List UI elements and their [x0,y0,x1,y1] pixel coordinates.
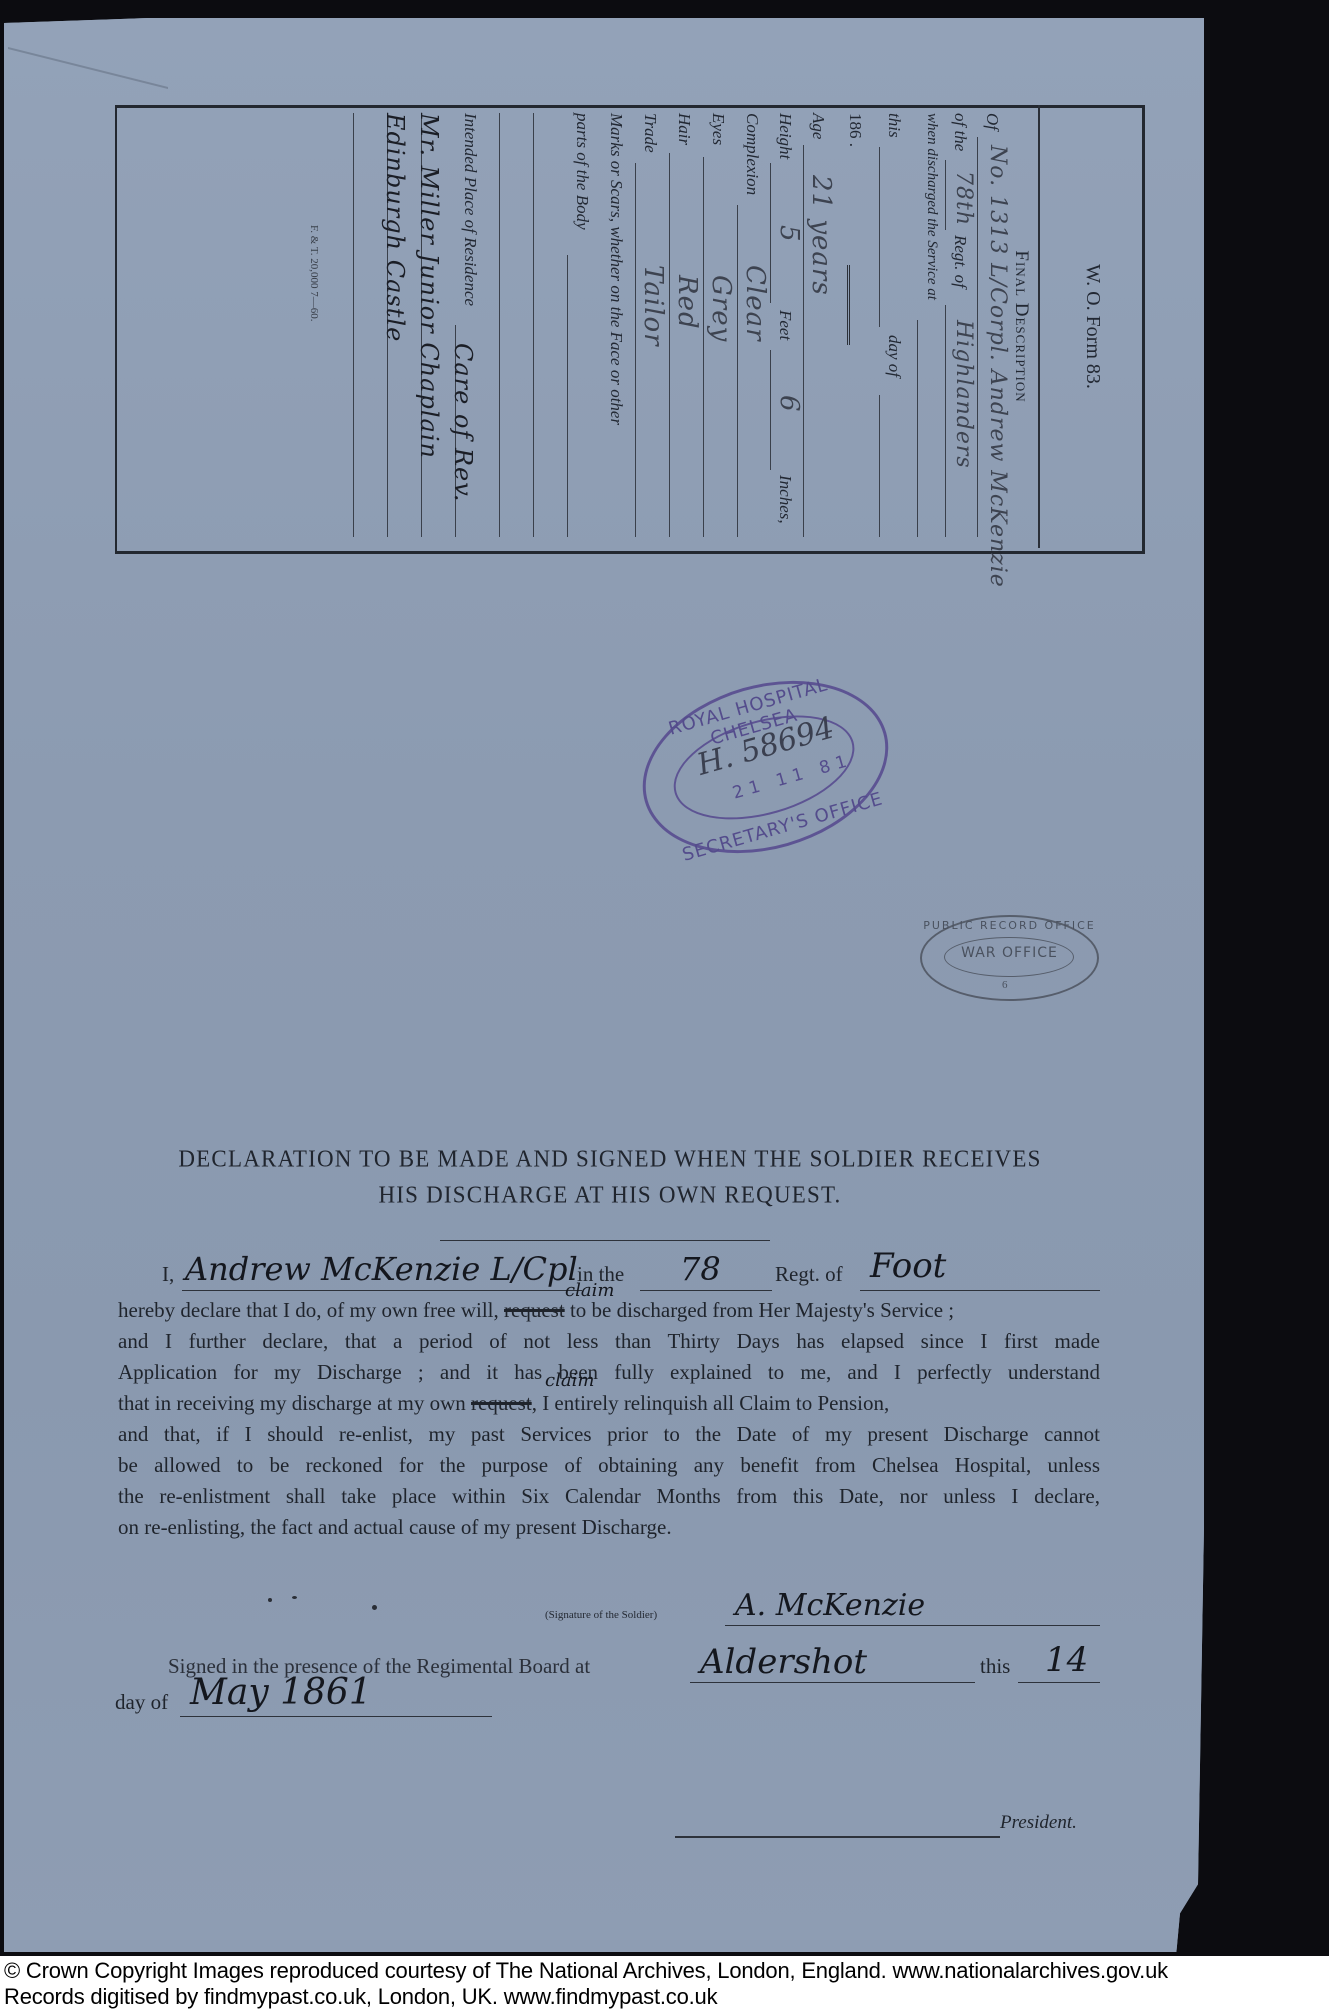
regt-number-value: 78 [680,1250,721,1288]
signature-line [725,1625,1100,1626]
field-of-the-line [945,160,946,230]
field-age-label: Age [808,113,828,139]
field-hair-value: Red [672,275,702,330]
regt-of-label: Regt. of [775,1262,1329,1287]
this-label: this [980,1654,1329,1679]
day-value: 14 [1045,1640,1088,1680]
field-height-inches-line [770,350,771,470]
field-of-label: Of [982,113,1002,130]
month-year-line [180,1716,492,1717]
line-1-struck-word: request [504,1298,565,1322]
field-day-of-line [879,395,880,537]
regt-number-line [640,1290,772,1291]
line-4-inserted-word: claim [545,1370,594,1391]
line-4-before: that in receiving my discharge at my own [118,1391,466,1415]
field-this-label: this [884,113,904,138]
field-eyes-line [703,157,704,537]
line-1-before: hereby declare that I do, of my own free… [118,1298,499,1322]
heading-rule [440,1240,770,1241]
field-complexion-line [737,205,738,537]
field-feet-label: Feet [775,310,795,340]
ink-spot [292,1596,297,1599]
field-complexion-value: Clear [740,265,770,342]
field-age-line [803,145,804,537]
month-year-value: May 1861 [190,1672,372,1713]
place-line [690,1682,975,1683]
field-of-line [977,137,978,537]
copyright-line-2: Records digitised by findmypast.co.uk, L… [4,1984,717,2010]
field-marks-label: Marks or Scars, whether on the Face or o… [606,113,626,425]
field-year-label: 186 . [845,113,865,147]
ink-spot [268,1598,272,1602]
declaration-line-4: that in receiving my discharge at my own… [118,1391,1100,1416]
declaration-line-6: be allowed to be reckoned for the purpos… [118,1453,1100,1478]
field-marks-line-2 [533,113,534,537]
field-discharged-at-line [917,320,918,537]
field-marks-label-2: parts of the Body [572,113,592,230]
declaration-line-1: hereby declare that I do, of my own free… [118,1298,1100,1323]
field-this-line [879,147,880,327]
field-height-label: Height [775,113,795,159]
field-of-the-label: of the [950,113,970,151]
field-hair-label: Hair [674,113,694,145]
field-of-value: No. 1313 L/Corpl. Andrew McKenzie [985,145,1010,588]
declaration-line-3: Application for my Discharge ; and it ha… [118,1360,1100,1385]
field-day-of-label: day of [884,335,904,377]
president-signature-line [675,1836,1000,1838]
field-of-the-value: 78th [951,171,976,226]
signature-caption: (Signature of the Soldier) [545,1609,657,1621]
year-prefix: 186 [846,113,865,139]
field-inches-label: Inches, [775,475,795,524]
field-complexion-label: Complexion [742,113,762,195]
stamp-center-text: WAR OFFICE [922,945,1097,961]
field-residence-value: Care of Rev. Mr. Miller Junior Chaplain … [378,113,480,537]
field-age-value: 21 years [806,175,836,296]
field-height-feet-value: 5 [774,225,804,243]
field-residence-line-4 [353,113,354,537]
field-marks-line-3 [499,113,500,537]
declaration-line-5: and that, if I should re-enlist, my past… [118,1422,1100,1447]
line-1-after: to be discharged from Her Majesty's Serv… [570,1298,954,1322]
declaration-line-8: on re-enlisting, the fact and actual cau… [118,1515,1100,1540]
field-regt-of-label: Regt. of [950,235,970,288]
field-height-feet-line [770,163,771,303]
place-value: Aldershot [700,1642,867,1682]
declaration-heading-line2: HIS DISCHARGE AT HIS OWN REQUEST. [100,1181,1120,1208]
field-hair-line [669,153,670,537]
declaration-line-7: the re-enlistment shall take place withi… [118,1484,1100,1509]
field-marks-line-1 [567,255,568,537]
field-discharged-at-label: when discharged the Service at [923,113,940,300]
declaration-line-2: and I further declare, that a period of … [118,1329,1100,1354]
field-eyes-value: Grey [706,275,736,342]
line-1-inserted-word: claim [565,1280,614,1301]
copyright-footer: © Crown Copyright Images reproduced cour… [0,1956,1329,2012]
declaration-heading-line1: DECLARATION TO BE MADE AND SIGNED WHEN T… [100,1145,1120,1172]
field-trade-line [635,163,636,537]
printer-line: F. & T. 20,000 7—60. [308,225,320,322]
field-trade-value: Tailor [638,265,668,347]
year-double-rule [847,265,850,345]
line-4-struck-word: request [471,1391,532,1415]
name-line [182,1290,582,1291]
field-regt-of-value: Highlanders [951,320,976,469]
field-trade-label: Trade [640,113,660,153]
regt-of-value: Foot [870,1246,946,1286]
president-label: President. [1000,1812,1329,1834]
day-line [1018,1682,1100,1683]
soldier-name-value: Andrew McKenzie L/Cpl [185,1250,578,1288]
field-height-inches-value: 6 [774,395,804,413]
form-number: W. O. Form 83. [1081,105,1104,548]
field-eyes-label: Eyes [708,113,728,145]
stamp-arc-text: PUBLIC RECORD OFFICE [922,919,1097,932]
ink-spot [372,1605,377,1610]
copyright-line-1: © Crown Copyright Images reproduced cour… [4,1958,1168,1984]
final-description-form: W. O. Form 83. Final Description Of No. … [115,105,1140,548]
line-4-after: , I entirely relinquish all Claim to Pen… [532,1391,890,1415]
stamp-small-text: 6 [1002,979,1008,991]
form-title: Final Description [1010,105,1032,548]
soldier-signature: A. McKenzie [735,1588,925,1623]
field-regt-of-line [945,305,946,537]
regt-of-line [860,1290,1100,1291]
war-office-stamp: PUBLIC RECORD OFFICE WAR OFFICE 6 [920,915,1099,1001]
